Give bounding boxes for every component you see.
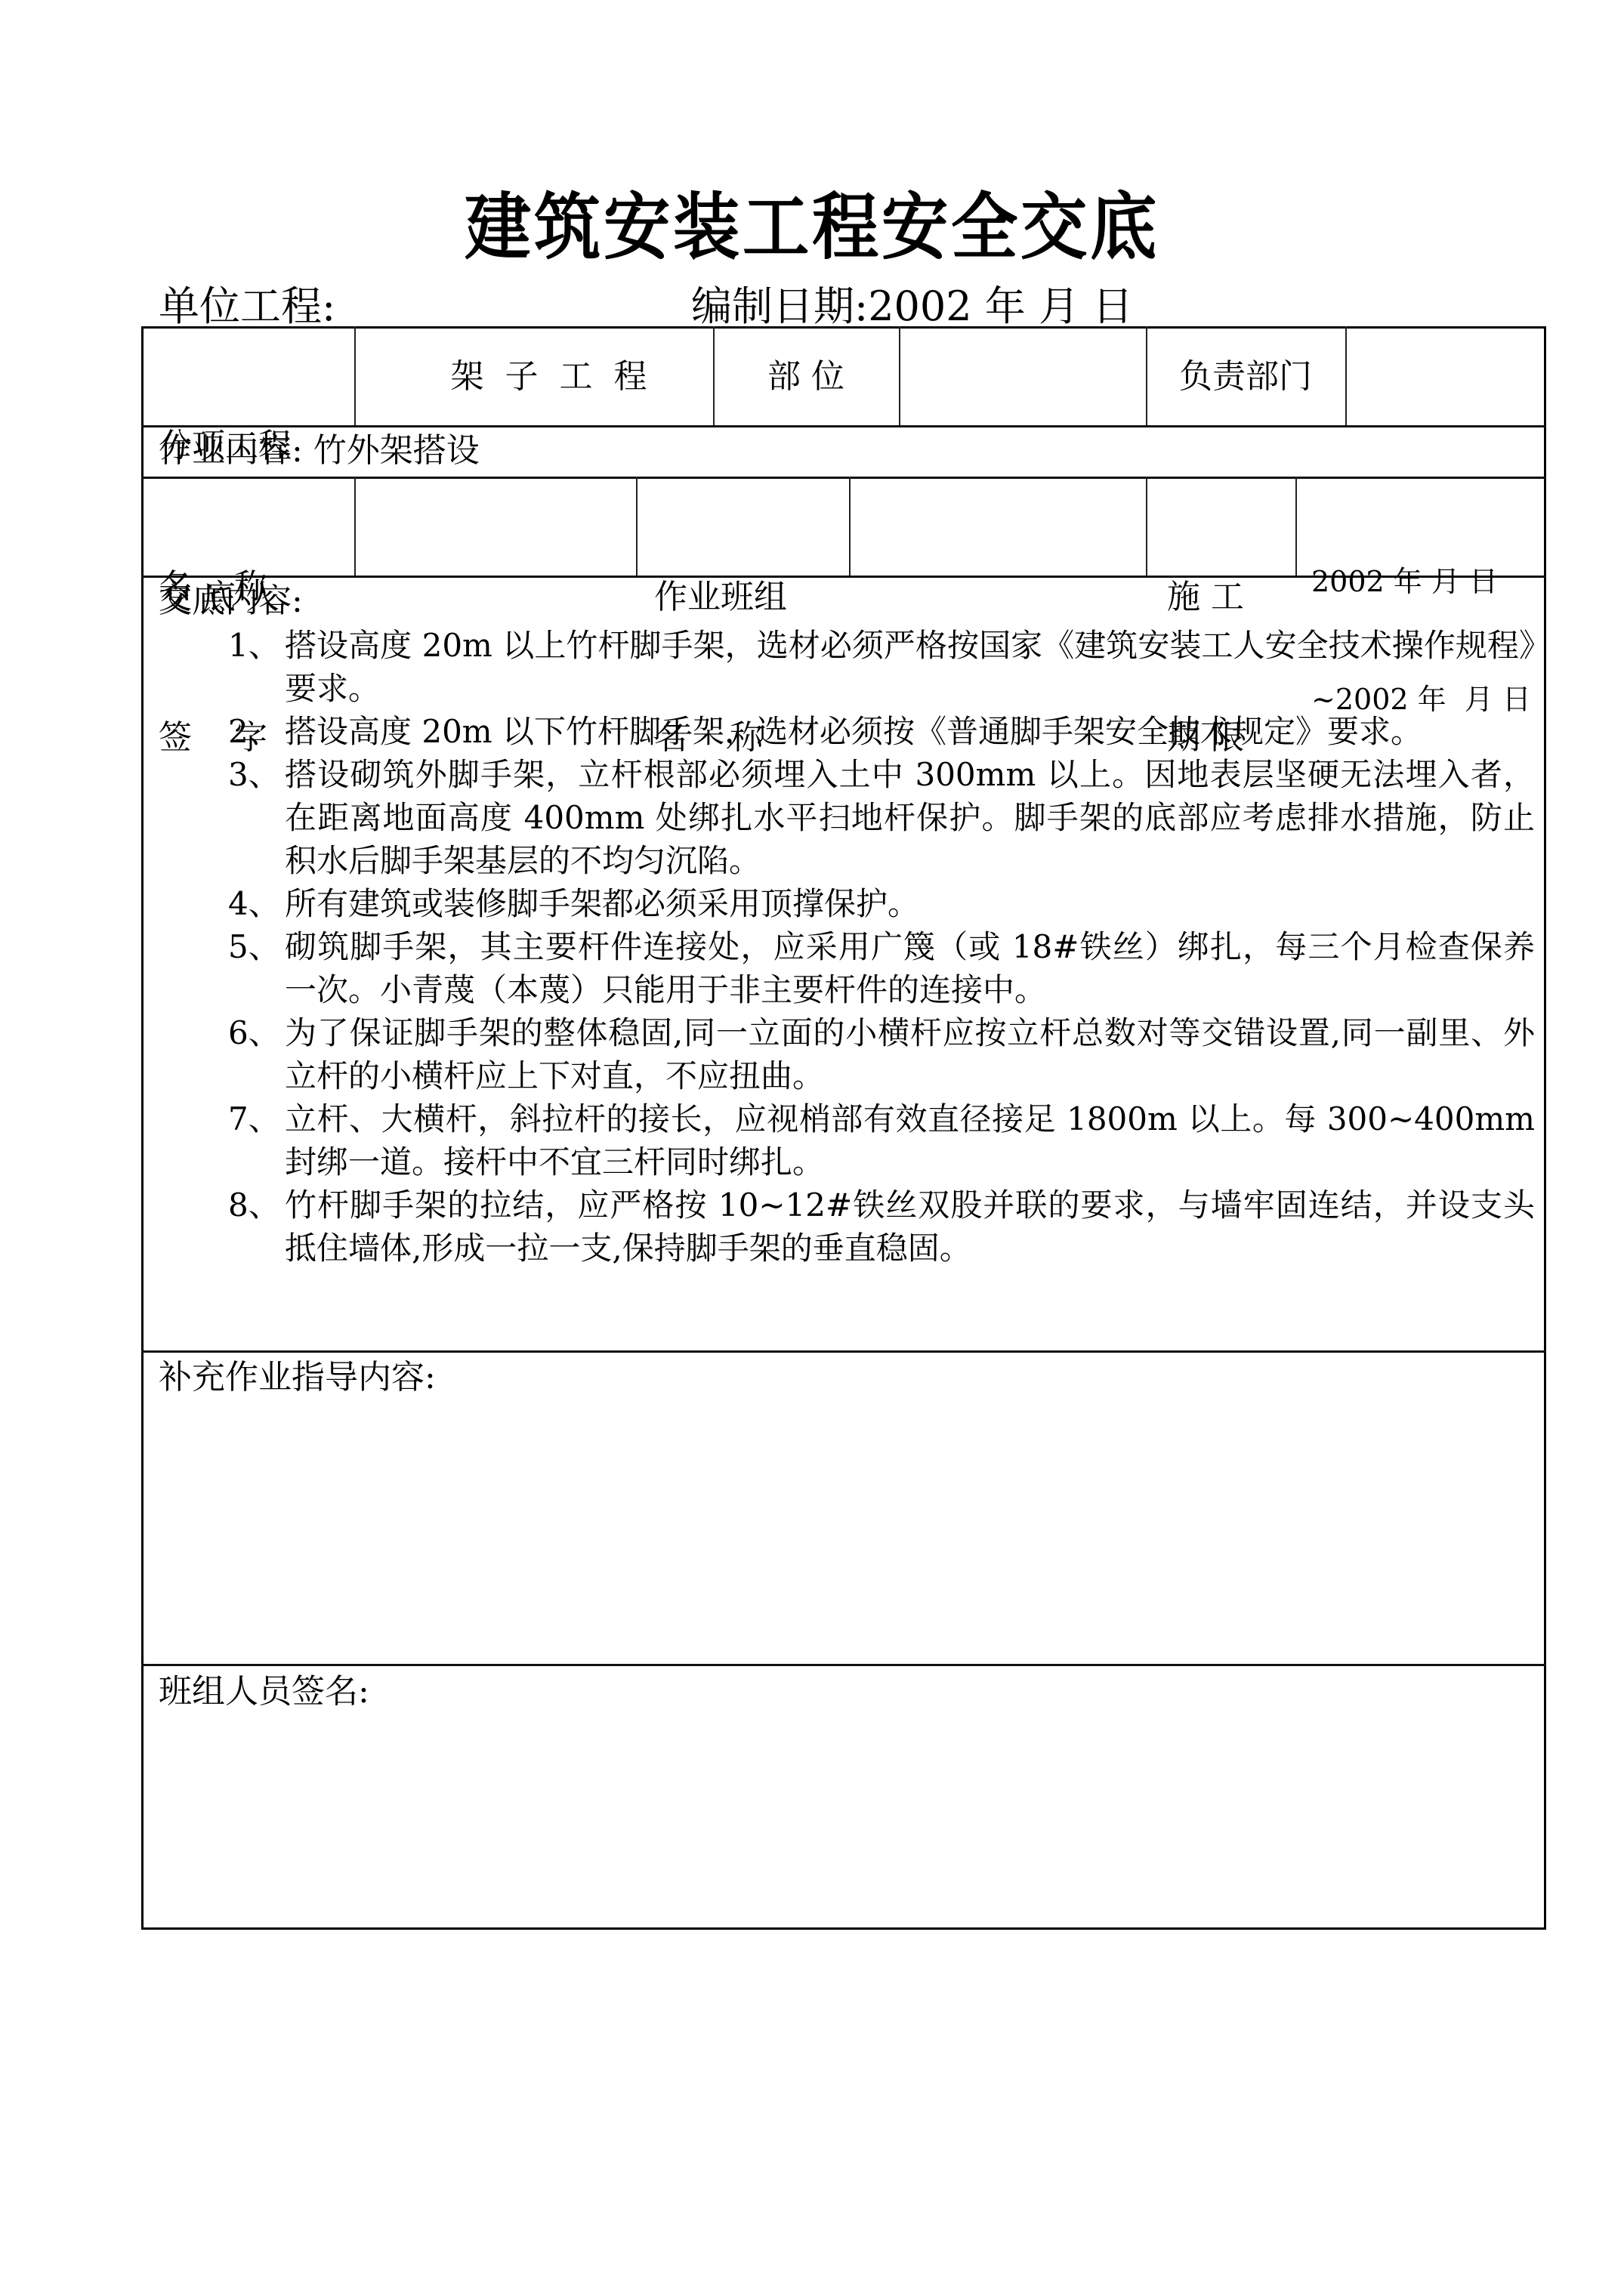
item-text: 搭设高度 20m 以上竹杆脚手架，选材必须严格按国家《建筑安装工人安全技术操作规…: [285, 624, 1535, 710]
unit-project-label: 单位工程:: [159, 282, 335, 331]
sub-project-value[interactable]: 架 子 工 程: [354, 353, 713, 400]
item-text: 立杆、大横杆，斜拉杆的接长，应视梢部有效直径接足 1800m 以上。每 300~…: [285, 1097, 1535, 1184]
item-number: 6、: [228, 1011, 285, 1097]
team-signature-label: 班组人员签名:: [159, 1671, 369, 1713]
row-divider: [141, 477, 1546, 479]
col-divider: [1146, 477, 1147, 576]
item-number: 5、: [228, 925, 285, 1011]
team-value[interactable]: [849, 498, 1146, 545]
briefing-item: 3、搭设砌筑外脚手架，立杆根部必须埋入土中 300mm 以上。因地表层坚硬无法埋…: [228, 753, 1535, 882]
location-value[interactable]: [899, 353, 1146, 400]
compile-date-label: 编制日期:2002 年 月 日: [691, 282, 1133, 331]
col-divider: [636, 477, 638, 576]
item-number: 8、: [228, 1184, 285, 1270]
briefing-item: 5、砌筑脚手架，其主要杆件连接处，应采用广篾（或 18#铁丝）绑扎，每三个月检查…: [228, 925, 1535, 1011]
briefing-label: 交底内容:: [159, 580, 303, 622]
item-text: 搭设砌筑外脚手架，立杆根部必须埋入土中 300mm 以上。因地表层坚硬无法埋入者…: [285, 753, 1535, 882]
col-divider: [1295, 477, 1297, 576]
row-divider: [141, 1350, 1546, 1353]
supplement-field[interactable]: [144, 1405, 1544, 1662]
item-text: 搭设高度 20m 以下竹杆脚手架，选材必须按《普通脚手架安全技术规定》要求。: [285, 710, 1535, 753]
signer-value[interactable]: [354, 498, 636, 545]
responsible-dept-value[interactable]: [1345, 353, 1546, 400]
item-text: 竹杆脚手架的拉结，应严格按 10~12#铁丝双股并联的要求，与墙牢固连结，并设支…: [285, 1184, 1535, 1270]
work-content: 作业内容: 竹外架搭设: [159, 427, 480, 474]
briefing-item: 2、搭设高度 20m 以下竹杆脚手架，选材必须按《普通脚手架安全技术规定》要求。: [228, 710, 1535, 753]
item-text: 砌筑脚手架，其主要杆件连接处，应采用广篾（或 18#铁丝）绑扎，每三个月检查保养…: [285, 925, 1535, 1011]
period-label-line1: 施 工: [1167, 574, 1244, 621]
supplement-label: 补充作业指导内容:: [159, 1356, 436, 1399]
item-text: 所有建筑或装修脚手架都必须采用顶撑保护。: [285, 882, 1535, 925]
item-number: 4、: [228, 882, 285, 925]
briefing-items: 1、搭设高度 20m 以上竹杆脚手架，选材必须严格按国家《建筑安装工人安全技术操…: [228, 624, 1535, 1270]
briefing-item: 8、竹杆脚手架的拉结，应严格按 10~12#铁丝双股并联的要求，与墙牢固连结，并…: [228, 1184, 1535, 1270]
row-divider: [141, 1664, 1546, 1666]
document-title: 建筑安装工程安全交底: [65, 186, 1559, 269]
briefing-item: 4、所有建筑或装修脚手架都必须采用顶撑保护。: [228, 882, 1535, 925]
item-number: 2、: [228, 710, 285, 753]
item-number: 7、: [228, 1097, 285, 1184]
team-label-line1: 作业班组: [654, 574, 787, 621]
item-text: 为了保证脚手架的整体稳固,同一立面的小横杆应按立杆总数对等交错设置,同一副里、外…: [285, 1011, 1535, 1097]
team-signature-field[interactable]: [144, 1719, 1544, 1927]
item-number: 3、: [228, 753, 285, 882]
period-start: 2002 年 月 日: [1311, 562, 1531, 601]
briefing-item: 7、立杆、大横杆，斜拉杆的接长，应视梢部有效直径接足 1800m 以上。每 30…: [228, 1097, 1535, 1184]
location-label: 部 位: [713, 353, 899, 400]
briefing-item: 6、为了保证脚手架的整体稳固,同一立面的小横杆应按立杆总数对等交错设置,同一副里…: [228, 1011, 1535, 1097]
item-number: 1、: [228, 624, 285, 710]
responsible-dept-label: 负责部门: [1146, 353, 1345, 400]
briefing-item: 1、搭设高度 20m 以上竹杆脚手架，选材必须严格按国家《建筑安装工人安全技术操…: [228, 624, 1535, 710]
